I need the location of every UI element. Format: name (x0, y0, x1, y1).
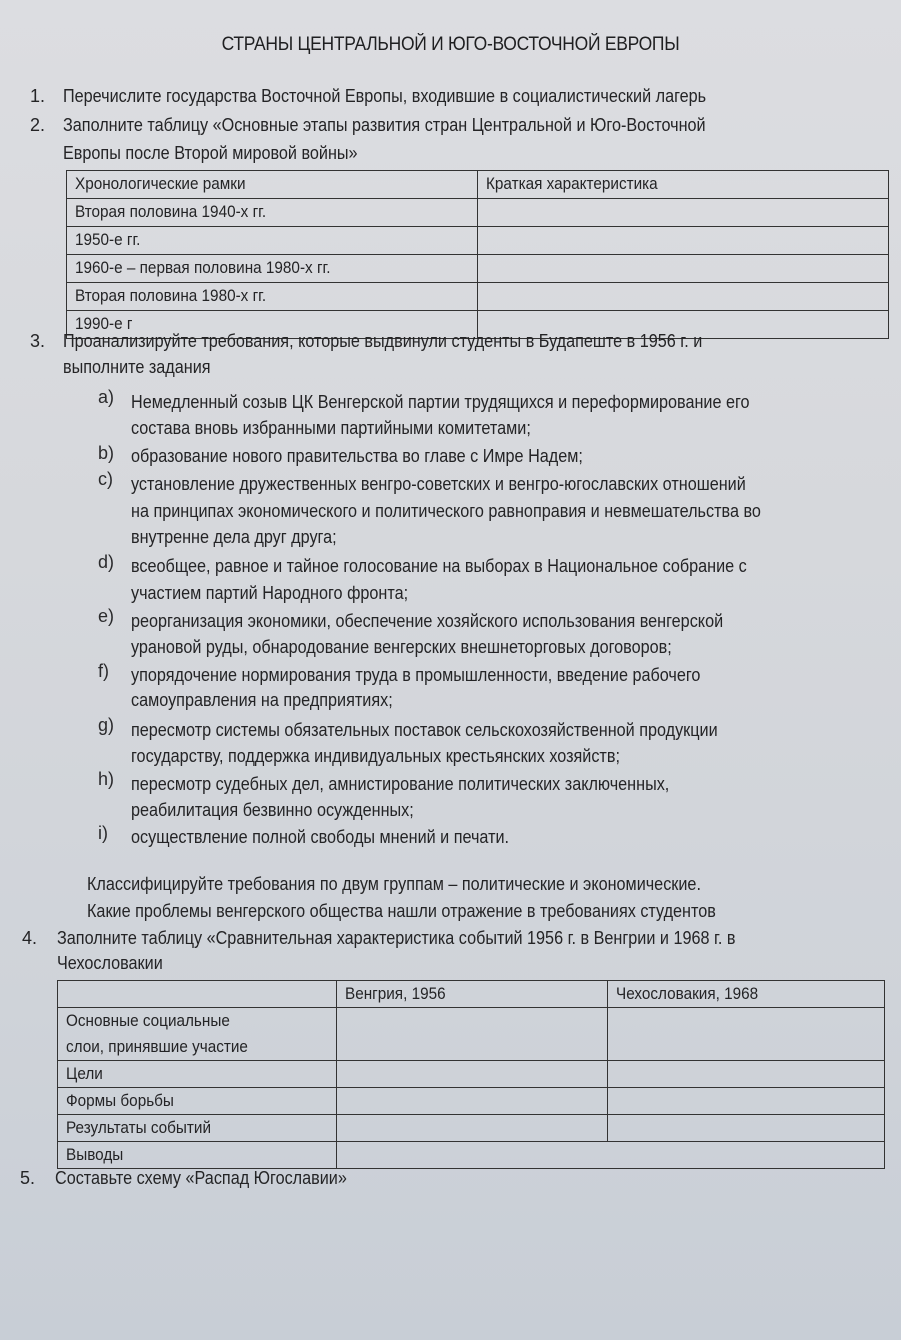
demand-c-line-1: установление дружественных венгро-советс… (131, 474, 746, 495)
table-header-cell: Венгрия, 1956 (337, 981, 608, 1008)
table-header-cell: Краткая характеристика (478, 171, 889, 199)
task-1-text: Перечислите государства Восточной Европы… (63, 86, 706, 107)
item-letter-c: c) (98, 469, 113, 490)
table-header-row: Хронологические рамки Краткая характерис… (67, 171, 889, 199)
item-letter-b: b) (98, 443, 114, 464)
comparison-table: Венгрия, 1956 Чехословакия, 1968 Основны… (57, 980, 885, 1169)
table-row: 1960-е – первая половина 1980-х гг. (67, 255, 889, 283)
blank-scheme-area (0, 1200, 901, 1340)
table-row: Цели (58, 1061, 885, 1088)
task-3-text-line-2: выполните задания (63, 357, 211, 378)
demand-g-line-2: государству, поддержка индивидуальных кр… (131, 746, 620, 767)
czechoslovakia-cell[interactable] (608, 1088, 885, 1115)
period-cell: 1950-е гг. (67, 227, 478, 255)
worksheet-page: СТРАНЫ ЦЕНТРАЛЬНОЙ И ЮГО-ВОСТОЧНОЙ ЕВРОП… (0, 0, 901, 1340)
characteristic-cell[interactable] (478, 255, 889, 283)
task-3-followup-2: Какие проблемы венгерского общества нашл… (87, 901, 716, 922)
czechoslovakia-cell[interactable] (608, 1061, 885, 1088)
characteristic-cell[interactable] (478, 283, 889, 311)
conclusions-cell[interactable] (337, 1142, 885, 1169)
czechoslovakia-cell[interactable] (608, 1115, 885, 1142)
criterion-cell: Цели (58, 1061, 337, 1088)
task-3-text-line-1: Проанализируйте требования, которые выдв… (63, 331, 702, 352)
item-letter-h: h) (98, 769, 114, 790)
table-row: Формы борьбы (58, 1088, 885, 1115)
demand-b-line-1: образование нового правительства во глав… (131, 446, 583, 467)
item-letter-f: f) (98, 661, 109, 682)
criterion-cell: Результаты событий (58, 1115, 337, 1142)
table-row: Основные социальные слои, принявшие учас… (58, 1008, 885, 1061)
page-title: СТРАНЫ ЦЕНТРАЛЬНОЙ И ЮГО-ВОСТОЧНОЙ ЕВРОП… (36, 34, 865, 56)
hungary-cell[interactable] (337, 1008, 608, 1061)
task-5-number: 5. (20, 1168, 35, 1189)
demand-d-line-1: всеобщее, равное и тайное голосование на… (131, 556, 747, 577)
item-letter-d: d) (98, 552, 114, 573)
demand-e-line-1: реорганизация экономики, обеспечение хоз… (131, 611, 723, 632)
period-cell: Вторая половина 1940-х гг. (67, 199, 478, 227)
demand-f-line-1: упорядочение нормирования труда в промыш… (131, 665, 700, 686)
demand-g-line-1: пересмотр системы обязательных поставок … (131, 720, 718, 741)
task-1-number: 1. (30, 86, 45, 107)
item-letter-a: a) (98, 387, 114, 408)
task-5-text: Составьте схему «Распад Югославии» (55, 1168, 347, 1189)
item-letter-e: e) (98, 606, 114, 627)
hungary-cell[interactable] (337, 1061, 608, 1088)
characteristic-cell[interactable] (478, 227, 889, 255)
demand-e-line-2: урановой руды, обнародование венгерских … (131, 637, 672, 658)
stages-table: Хронологические рамки Краткая характерис… (66, 170, 889, 339)
hungary-cell[interactable] (337, 1088, 608, 1115)
criterion-cell: Формы борьбы (58, 1088, 337, 1115)
task-2-text-line-2: Европы после Второй мировой войны» (63, 143, 358, 164)
task-4-text-line-2: Чехословакии (57, 953, 163, 974)
task-3-number: 3. (30, 331, 45, 352)
item-letter-g: g) (98, 715, 114, 736)
demand-h-line-2: реабилитация безвинно осужденных; (131, 800, 414, 821)
demand-h-line-1: пересмотр судебных дел, амнистирование п… (131, 774, 669, 795)
demand-i-line-1: осуществление полной свободы мнений и пе… (131, 827, 509, 848)
characteristic-cell[interactable] (478, 199, 889, 227)
task-2-text-line-1: Заполните таблицу «Основные этапы развит… (63, 115, 706, 136)
demand-c-line-3: внутренне дела друг друга; (131, 527, 337, 548)
table-row: Выводы (58, 1142, 885, 1169)
criterion-cell: Выводы (58, 1142, 337, 1169)
period-cell: Вторая половина 1980-х гг. (67, 283, 478, 311)
table-row: Вторая половина 1940-х гг. (67, 199, 889, 227)
czechoslovakia-cell[interactable] (608, 1008, 885, 1061)
demand-a-line-1: Немедленный созыв ЦК Венгерской партии т… (131, 392, 750, 413)
demand-f-line-2: самоуправления на предприятиях; (131, 690, 393, 711)
task-3-followup-1: Классифицируйте требования по двум групп… (87, 874, 701, 895)
task-4-text-line-1: Заполните таблицу «Сравнительная характе… (57, 928, 736, 949)
task-4-number: 4. (22, 928, 37, 949)
demand-d-line-2: участием партий Народного фронта; (131, 583, 408, 604)
demand-a-line-2: состава вновь избранными партийными коми… (131, 418, 531, 439)
item-letter-i: i) (98, 823, 108, 844)
table-header-cell-empty (58, 981, 337, 1008)
table-row: Результаты событий (58, 1115, 885, 1142)
table-header-cell: Хронологические рамки (67, 171, 478, 199)
hungary-cell[interactable] (337, 1115, 608, 1142)
table-row: Вторая половина 1980-х гг. (67, 283, 889, 311)
period-cell: 1960-е – первая половина 1980-х гг. (67, 255, 478, 283)
task-2-number: 2. (30, 115, 45, 136)
criterion-cell: Основные социальные слои, принявшие учас… (58, 1008, 337, 1061)
table-header-row: Венгрия, 1956 Чехословакия, 1968 (58, 981, 885, 1008)
demand-c-line-2: на принципах экономического и политическ… (131, 501, 761, 522)
table-row: 1950-е гг. (67, 227, 889, 255)
table-header-cell: Чехословакия, 1968 (608, 981, 885, 1008)
